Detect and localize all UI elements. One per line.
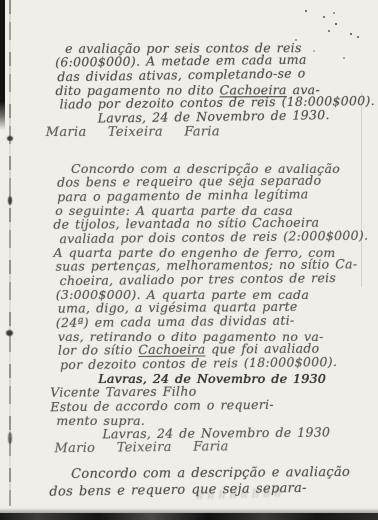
paragraph-2: Concordo com a descripção e avaliaçãodos…	[45, 160, 367, 456]
line-text: (24ª) em cada uma das dividas ati-	[56, 312, 295, 330]
ink-blot	[7, 136, 13, 141]
ink-blot	[8, 432, 12, 444]
line-text: Estou de accordo com o requeri-	[50, 397, 274, 415]
ink-blot	[8, 196, 12, 205]
line-text: choeira, avaliado por tres contos de rei…	[60, 270, 337, 288]
line-text: dos bens e requero que seja separa-	[49, 481, 307, 500]
scan-edge-bottom	[0, 513, 378, 520]
line-text: lor do sítio	[58, 342, 138, 358]
manuscript-line: para o pagamento de minha legítima	[45, 187, 365, 205]
binding-crease	[9, 0, 11, 506]
line-text: para o pagamento de minha legítima	[57, 186, 308, 204]
manuscript-line: choeira, avaliado por tres contos de rei…	[46, 271, 366, 289]
line-text: por dezoito contos de reis (18:000$000).	[60, 354, 337, 372]
scanned-page: e avaliação por seis contos de reis(6:00…	[0, 0, 378, 520]
manuscript-line: dos bens e requero que seja separa-	[45, 479, 365, 502]
line-text: Lavras, 24 de Novembro de 1930.	[98, 107, 330, 125]
manuscript-line: Mario Teixeira Faria	[46, 439, 366, 457]
manuscript-line: Maria Teixeira Faria	[46, 125, 366, 140]
paper-speckles	[305, 10, 307, 12]
line-text: Maria Teixeira Faria	[46, 124, 220, 140]
manuscript-line: Estou de accordo com o requeri-	[46, 397, 366, 415]
manuscript: e avaliação por seis contos de reis(6:00…	[45, 42, 365, 502]
manuscript-line: (24ª) em cada uma das dividas ati-	[46, 313, 366, 331]
paragraph-3: Concordo com a descripção e avaliaçãodos…	[45, 462, 365, 502]
line-text: Mario Teixeira Faria	[54, 439, 228, 456]
paragraph-1: e avaliação por seis contos de reis(6:00…	[45, 39, 366, 140]
ink-blot	[6, 330, 13, 336]
scan-edge-left	[0, 0, 5, 130]
manuscript-line: por dezoito contos de reis (18:000$000).	[46, 355, 366, 373]
manuscript-line: avaliada por dois contos de reis (2:000$…	[45, 229, 365, 247]
line-text: avaliada por dois contos de reis (2:000$…	[59, 228, 368, 247]
